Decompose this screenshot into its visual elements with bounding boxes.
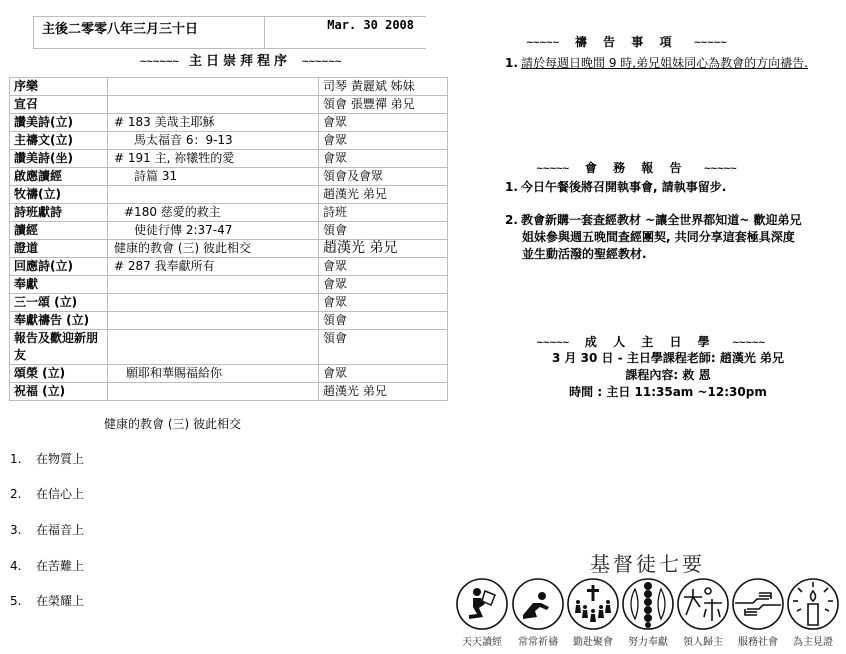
table-row: 主禱文(立)馬太福音 6：9-13會眾 <box>10 132 448 150</box>
table-row: 證道健康的教會 (三) 彼此相交趙漢光 弟兄 <box>10 240 448 258</box>
church-gathering-icon <box>566 577 620 631</box>
table-row: 詩班獻詩#180 慈愛的救主詩班 <box>10 204 448 222</box>
sermon-point: 5.在榮耀上 <box>10 592 84 609</box>
order-of-worship-title: ~~~~~~ 主日崇拜程序 ~~~~~~ <box>80 50 400 69</box>
swirl-decoration-icon: ~~~~~ <box>694 38 727 48</box>
swirl-decoration-icon: ~~~~~ <box>704 164 737 174</box>
table-row: 宣召領會 張豐禪 弟兄 <box>10 96 448 114</box>
swirl-decoration-icon: ~~~~~~ <box>139 57 178 67</box>
adult-school-info: 3 月 30 日 - 主日學課程老師: 趙漢光 弟兄 課程內容: 救 恩 時間 … <box>490 350 846 401</box>
table-row: 牧禱(立)趙漢光 弟兄 <box>10 186 448 204</box>
sermon-title: 健康的教會 (三) 彼此相交 <box>104 415 241 432</box>
date-english: Mar. 30 2008 <box>327 18 414 32</box>
service-icon <box>731 577 785 631</box>
adult-school-section-title: ~~~~~ 成 人 主 日 學 ~~~~~ <box>536 333 765 350</box>
table-row: 報告及歡迎新朋友領會 <box>10 330 448 365</box>
offering-icon <box>621 577 675 631</box>
swirl-decoration-icon: ~~~~~ <box>536 338 569 348</box>
swirl-decoration-icon: ~~~~~~ <box>302 57 341 67</box>
table-row: 奉獻禱告 (立)領會 <box>10 312 448 330</box>
essential-label: 為主見證 <box>783 633 843 648</box>
essential-label: 勤赴聚會 <box>563 633 623 648</box>
essential-label: 天天讀經 <box>452 633 512 648</box>
essential-label: 領人歸主 <box>673 633 733 648</box>
table-row: 頌榮 (立)願耶和華賜福給你會眾 <box>10 365 448 383</box>
essential-label: 努力奉獻 <box>618 633 678 648</box>
table-row: 回應詩(立)# 287 我奉獻所有會眾 <box>10 258 448 276</box>
sermon-point: 3.在福音上 <box>10 521 84 538</box>
swirl-decoration-icon: ~~~~~ <box>526 38 559 48</box>
table-row: 奉獻會眾 <box>10 276 448 294</box>
table-row: 啟應讀經詩篇 31領會及會眾 <box>10 168 448 186</box>
swirl-decoration-icon: ~~~~~ <box>732 338 765 348</box>
essential-label: 常常祈禱 <box>508 633 568 648</box>
evangelism-icon <box>676 577 730 631</box>
bulletin-header: 主後二零零八年三月三十日 Mar. 30 2008 <box>33 16 426 49</box>
sermon-point: 4.在苦難上 <box>10 557 84 574</box>
table-row: 讚美詩(立)# 183 美哉主耶穌會眾 <box>10 114 448 132</box>
news-item: 1.今日午餐後將召開執事會, 請執事留步. <box>505 178 726 195</box>
swirl-decoration-icon: ~~~~~ <box>536 164 569 174</box>
header-divider <box>264 17 265 48</box>
table-row: 讀經使徒行傳 2:37-47領會 <box>10 222 448 240</box>
table-row: 序樂司琴 黃麗斌 姊妹 <box>10 78 448 96</box>
prayer-item: 1.請於每週日晚間 9 時,弟兄姐妹同心為教會的方向禱告. <box>505 54 808 71</box>
news-item: 2.教會新購一套查經教材 ~讓全世界都知道~ 歡迎弟兄 姐妹參與週五晚間查經團契… <box>505 212 845 263</box>
adult-school-time: 時間 : 主日 11:35am ~12:30pm <box>490 384 846 401</box>
bible-reading-icon <box>455 577 509 631</box>
news-section-title: ~~~~~ 會 務 報 告 ~~~~~ <box>536 159 736 176</box>
praying-icon <box>511 577 565 631</box>
sermon-point: 2.在信心上 <box>10 485 84 502</box>
essential-label: 服務社會 <box>728 633 788 648</box>
table-row: 祝福 (立)趙漢光 弟兄 <box>10 383 448 401</box>
prayer-section-title: ~~~~~ 禱 告 事 項 ~~~~~ <box>526 33 726 50</box>
adult-school-teacher: 3 月 30 日 - 主日學課程老師: 趙漢光 弟兄 <box>490 350 846 367</box>
table-row: 讚美詩(坐)# 191 主, 祢犧牲的愛會眾 <box>10 150 448 168</box>
seven-essentials-title: 基督徒七要 <box>590 548 705 577</box>
table-row: 三一頌 (立)會眾 <box>10 294 448 312</box>
candle-witness-icon <box>786 577 840 631</box>
sermon-point: 1.在物質上 <box>10 450 84 467</box>
date-chinese: 主後二零零八年三月三十日 <box>42 18 198 37</box>
adult-school-topic: 課程內容: 救 恩 <box>490 367 846 384</box>
order-of-worship-table: 序樂司琴 黃麗斌 姊妹 宣召領會 張豐禪 弟兄 讚美詩(立)# 183 美哉主耶… <box>9 77 448 401</box>
